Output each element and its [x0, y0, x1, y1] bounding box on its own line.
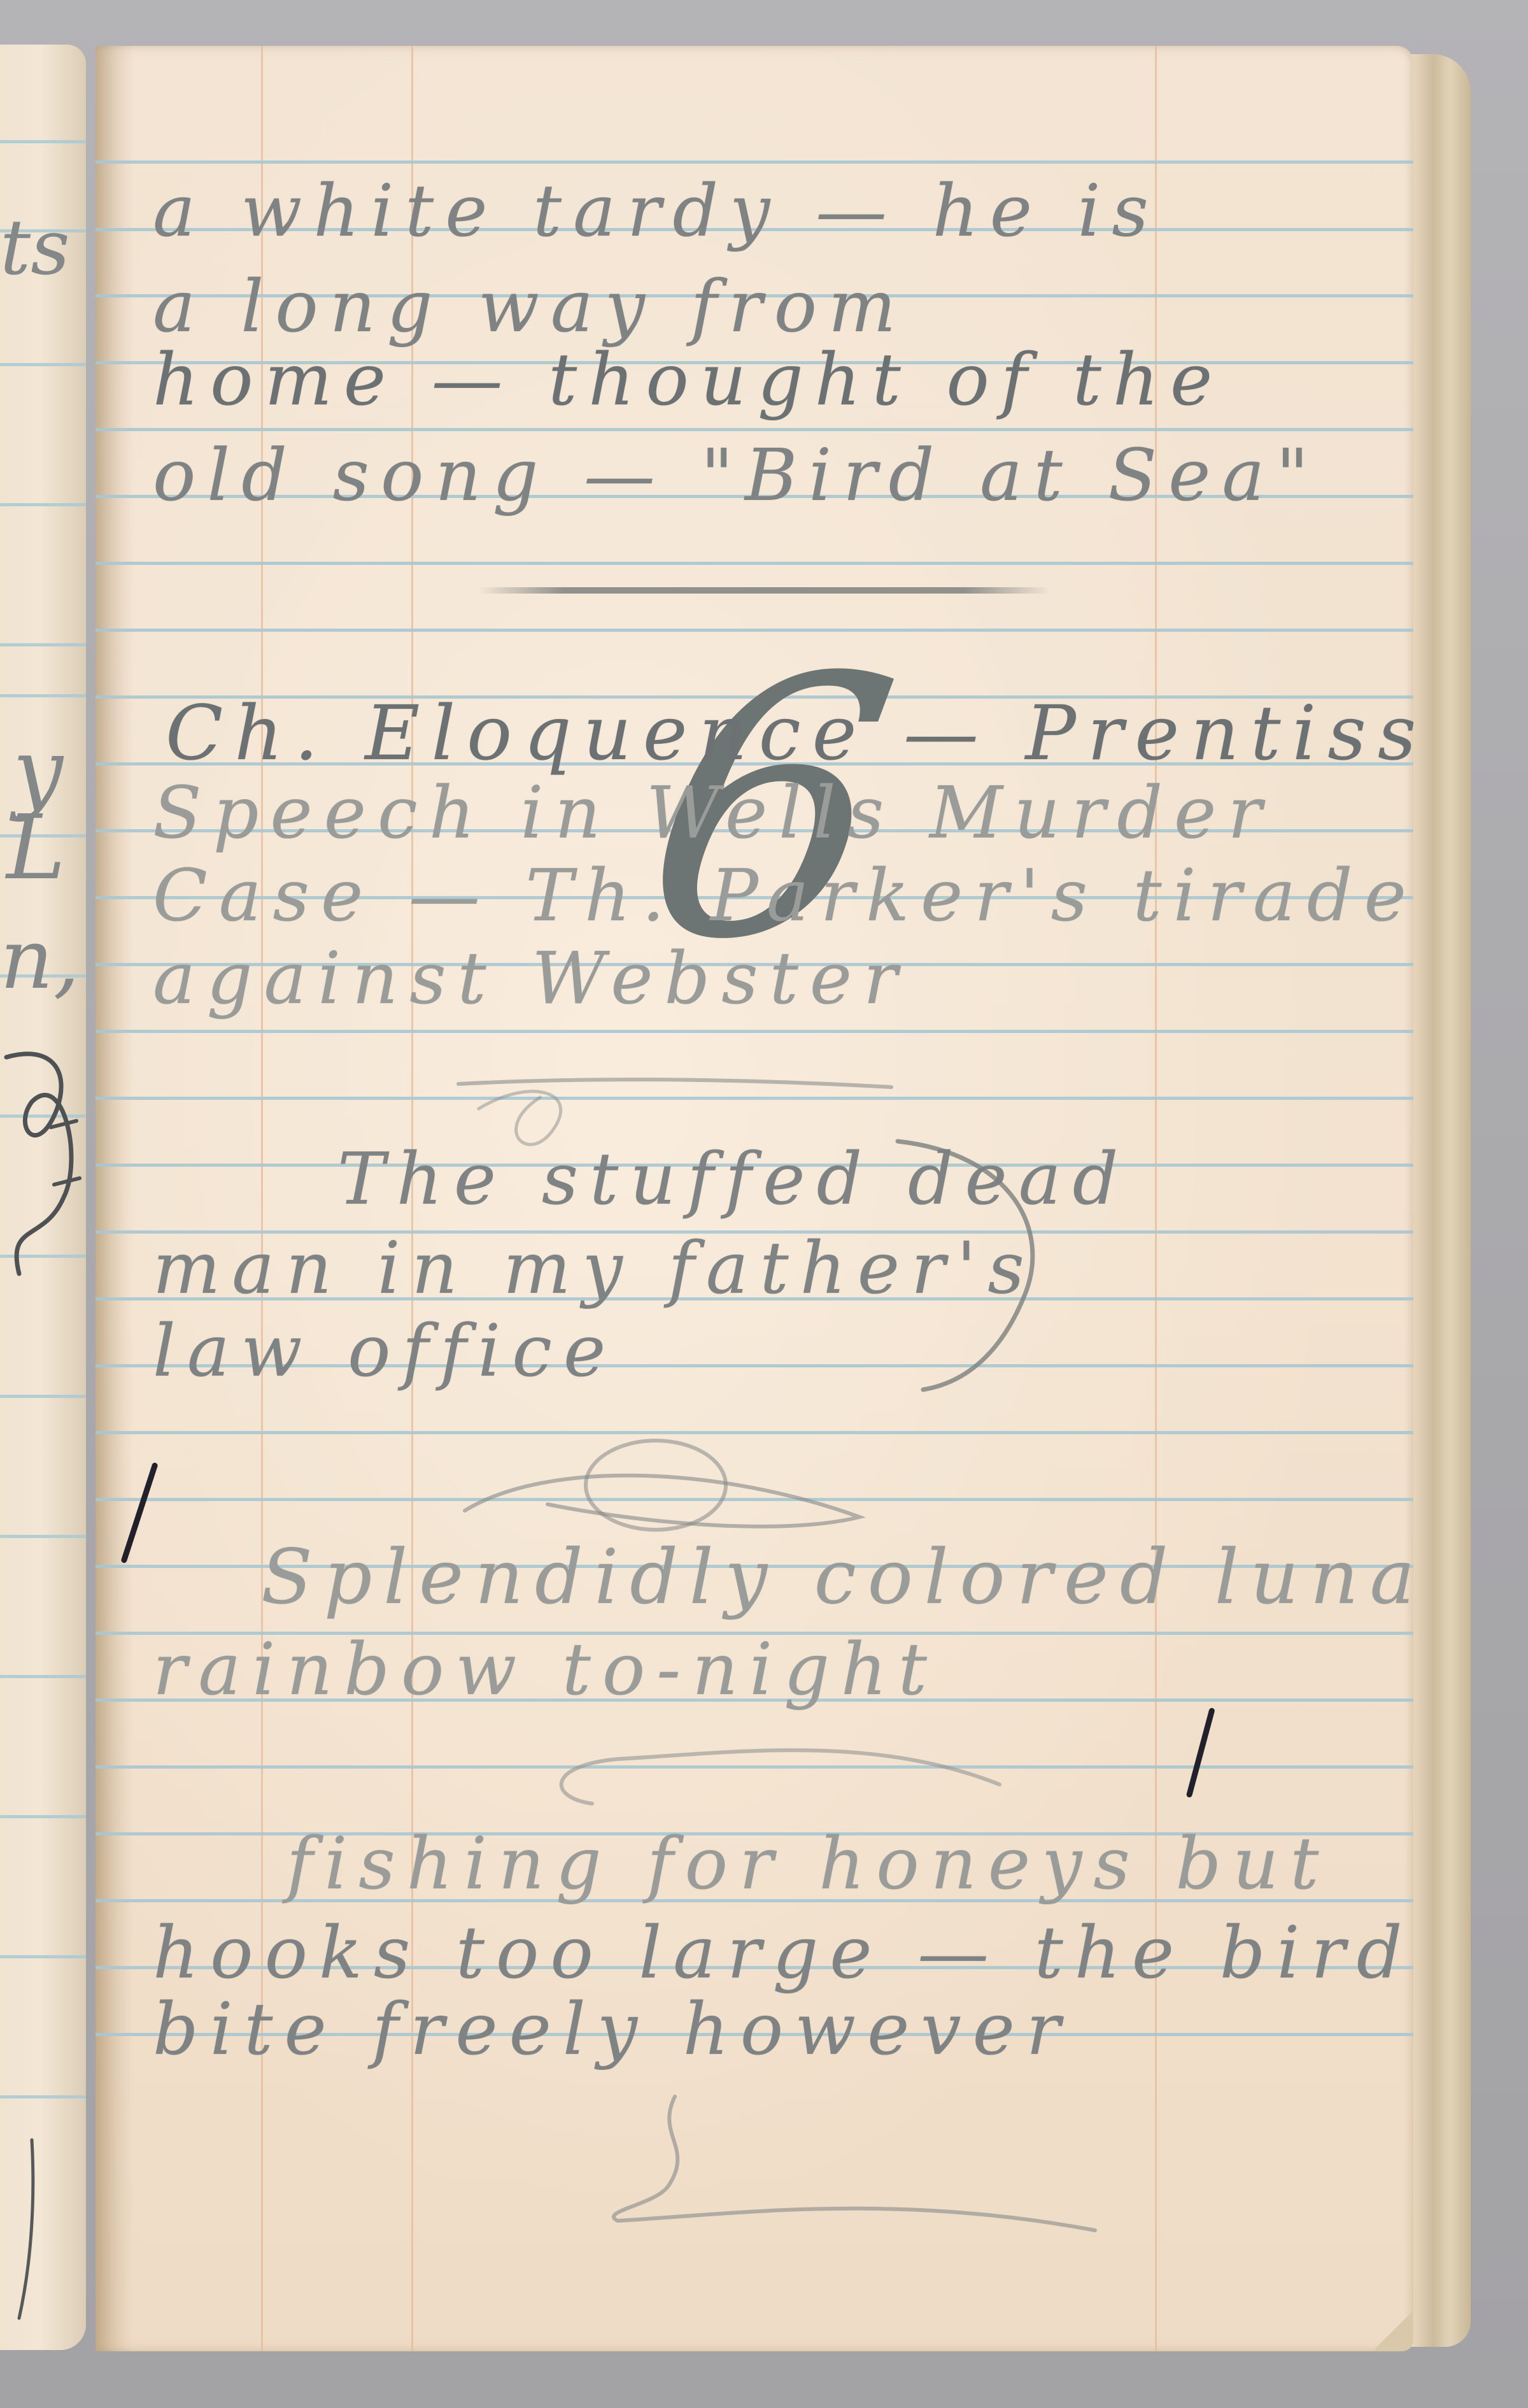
- ruled-line: [0, 1675, 86, 1678]
- ruled-line: [0, 694, 86, 697]
- ink-tick-mark: [1186, 1707, 1215, 1798]
- entry-1-line-1: a white tardy — he is: [153, 170, 1160, 253]
- entry-2-line-4: against Webster: [153, 937, 909, 1020]
- left-page-stroke: [6, 2134, 45, 2325]
- left-page-fragment: n,: [0, 911, 80, 1008]
- entry-1-line-3: home — thought of the: [153, 339, 1224, 422]
- notebook-page: a white tardy — he is a long way from ho…: [95, 46, 1413, 2351]
- ruled-line: [95, 562, 1413, 565]
- ruled-line: [95, 1030, 1413, 1033]
- entry-4-line-1: Splendidly colored lunar: [261, 1533, 1413, 1621]
- bracket-flourish: [885, 1129, 1076, 1396]
- ruled-line: [0, 503, 86, 506]
- entry-separator-flourish: [541, 1727, 1050, 1823]
- entry-1-line-2: a long way from: [153, 266, 907, 348]
- ruled-line: [95, 160, 1413, 164]
- entry-3-line-3: law office: [153, 1310, 617, 1393]
- ruled-line: [0, 1535, 86, 1538]
- left-page-fragment: L: [6, 796, 66, 900]
- entry-1-line-4: old song — "Bird at Sea": [153, 434, 1320, 517]
- ruled-line: [0, 1955, 86, 1958]
- entry-5-line-1: fishing for honeys but: [286, 1823, 1330, 1906]
- entry-2-line-3: Case — Th. Parker's tirade: [153, 855, 1413, 937]
- left-page: ts y L n,: [0, 45, 86, 2350]
- gutter-shadow: [95, 46, 134, 2351]
- left-page-scribble: [0, 1032, 86, 1299]
- closing-flourish: [509, 2084, 1146, 2237]
- ruled-line: [0, 363, 86, 366]
- entry-separator: [478, 587, 1050, 594]
- entry-5-line-3: bite freely however: [153, 1988, 1072, 2071]
- ruled-line: [95, 428, 1413, 431]
- ruled-line: [0, 1815, 86, 1818]
- ruled-line: [0, 643, 86, 646]
- left-page-fragment: ts: [0, 204, 70, 292]
- folded-corner: [1375, 2307, 1413, 2351]
- entry-2-line-1: Ch. Eloquence — Prentiss': [166, 689, 1413, 777]
- ruled-line: [0, 140, 86, 143]
- entry-4-line-2: rainbow to-night: [153, 1628, 938, 1711]
- entry-5-line-2: hooks too large — the bird: [153, 1912, 1413, 1995]
- ruled-line: [0, 2095, 86, 2098]
- ruled-line: [0, 1395, 86, 1398]
- entry-2-line-2: Speech in Wells Murder: [153, 772, 1273, 855]
